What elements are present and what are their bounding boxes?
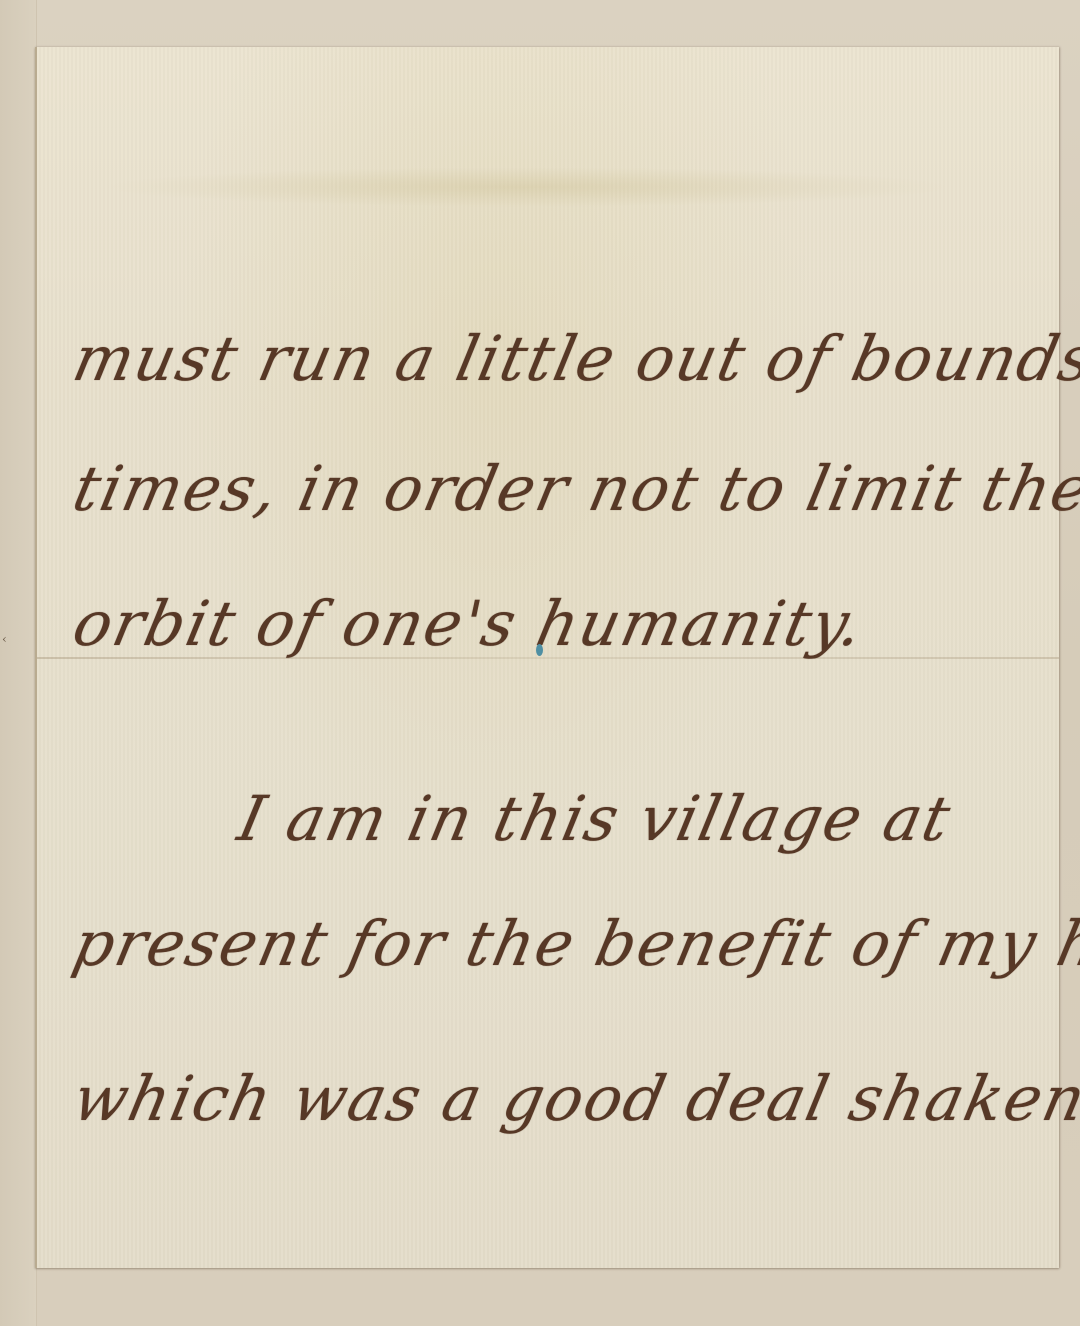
handwritten-line-4: I am in this village at xyxy=(232,782,958,855)
mount-left-edge xyxy=(0,0,37,1326)
blue-ink-spot xyxy=(536,644,543,656)
show-through-ink-stain xyxy=(97,167,957,207)
handwritten-line-6: which was a good deal shaken last year, xyxy=(67,1062,1080,1135)
letter-page: must run a little out of bounds some- ti… xyxy=(35,47,1059,1268)
handwritten-line-3: orbit of one's humanity. xyxy=(67,587,871,660)
handwritten-line-5: present for the benefit of my health, xyxy=(67,907,1080,980)
handwritten-line-1: must run a little out of bounds some- xyxy=(67,322,1080,395)
mount-margin-mark: ‹ xyxy=(2,632,7,646)
handwritten-line-2: times, in order not to limit the xyxy=(67,452,1080,525)
